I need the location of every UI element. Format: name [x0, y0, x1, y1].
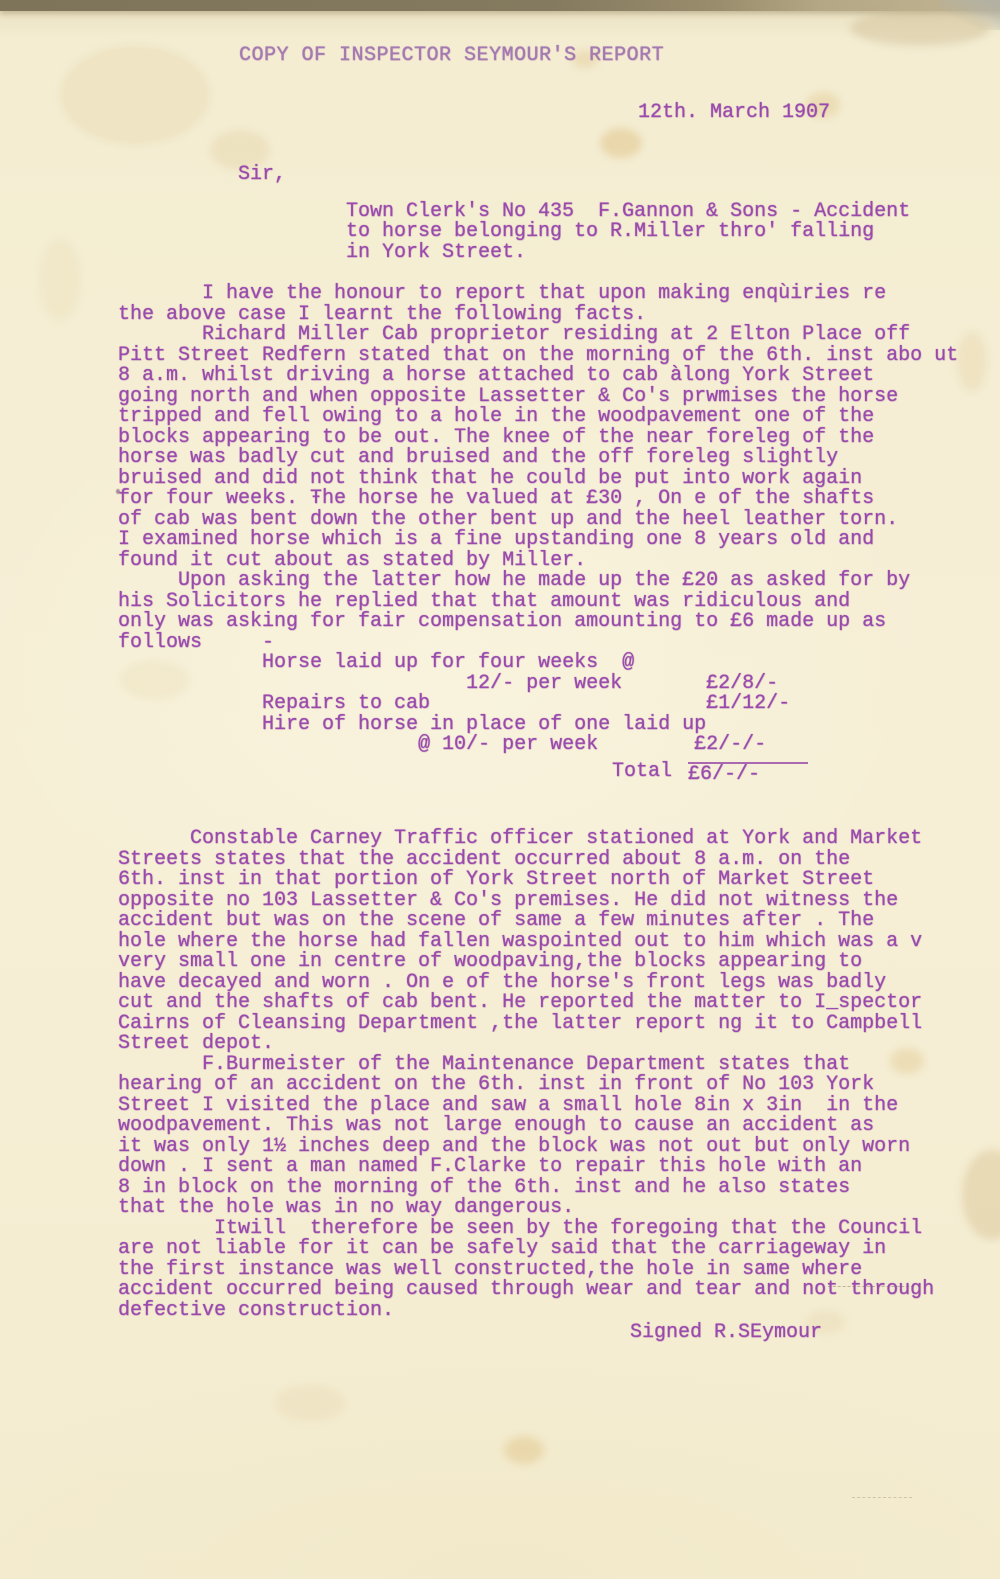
- paper-stain: [275, 1385, 345, 1421]
- total-label: Total: [612, 762, 672, 786]
- paper-stain: [504, 1436, 544, 1464]
- cost-breakdown: Horse laid up for four weeks @ 12/- per …: [118, 653, 1000, 756]
- reference-block: Town Clerk's No 435 F.Gannon & Sons - Ac…: [346, 202, 1000, 264]
- total-line: Total £6/-/-: [118, 762, 1000, 786]
- salutation: Sir,: [238, 165, 1000, 186]
- document-date: 12th. March 1907: [638, 103, 1000, 124]
- paragraph-introduction: I have the honour to report that upon ma…: [118, 284, 1000, 325]
- document-page: COPY OF INSPECTOR SEYMOUR'S REPORT 12th.…: [0, 0, 1000, 1579]
- signature: Signed R.SEymour: [630, 1323, 1000, 1344]
- document-title: COPY OF INSPECTOR SEYMOUR'S REPORT: [239, 46, 1000, 67]
- document-content: COPY OF INSPECTOR SEYMOUR'S REPORT 12th.…: [0, 0, 1000, 1344]
- paragraph-constable-carney: Constable Carney Traffic officer station…: [118, 829, 1000, 1055]
- paragraph-compensation-claim: Upon asking the latter how he made up th…: [118, 571, 1000, 653]
- total-value: £6/-/-: [688, 762, 808, 786]
- paragraph-conclusion: Itwill therefore be seen by the foregoin…: [118, 1219, 1000, 1322]
- paragraph-burmeister: F.Burmeister of the Maintenance Departme…: [118, 1055, 1000, 1219]
- pencil-mark: [852, 1497, 912, 1498]
- paragraph-miller-statement: Richard Miller Cab proprietor residing a…: [118, 325, 1000, 571]
